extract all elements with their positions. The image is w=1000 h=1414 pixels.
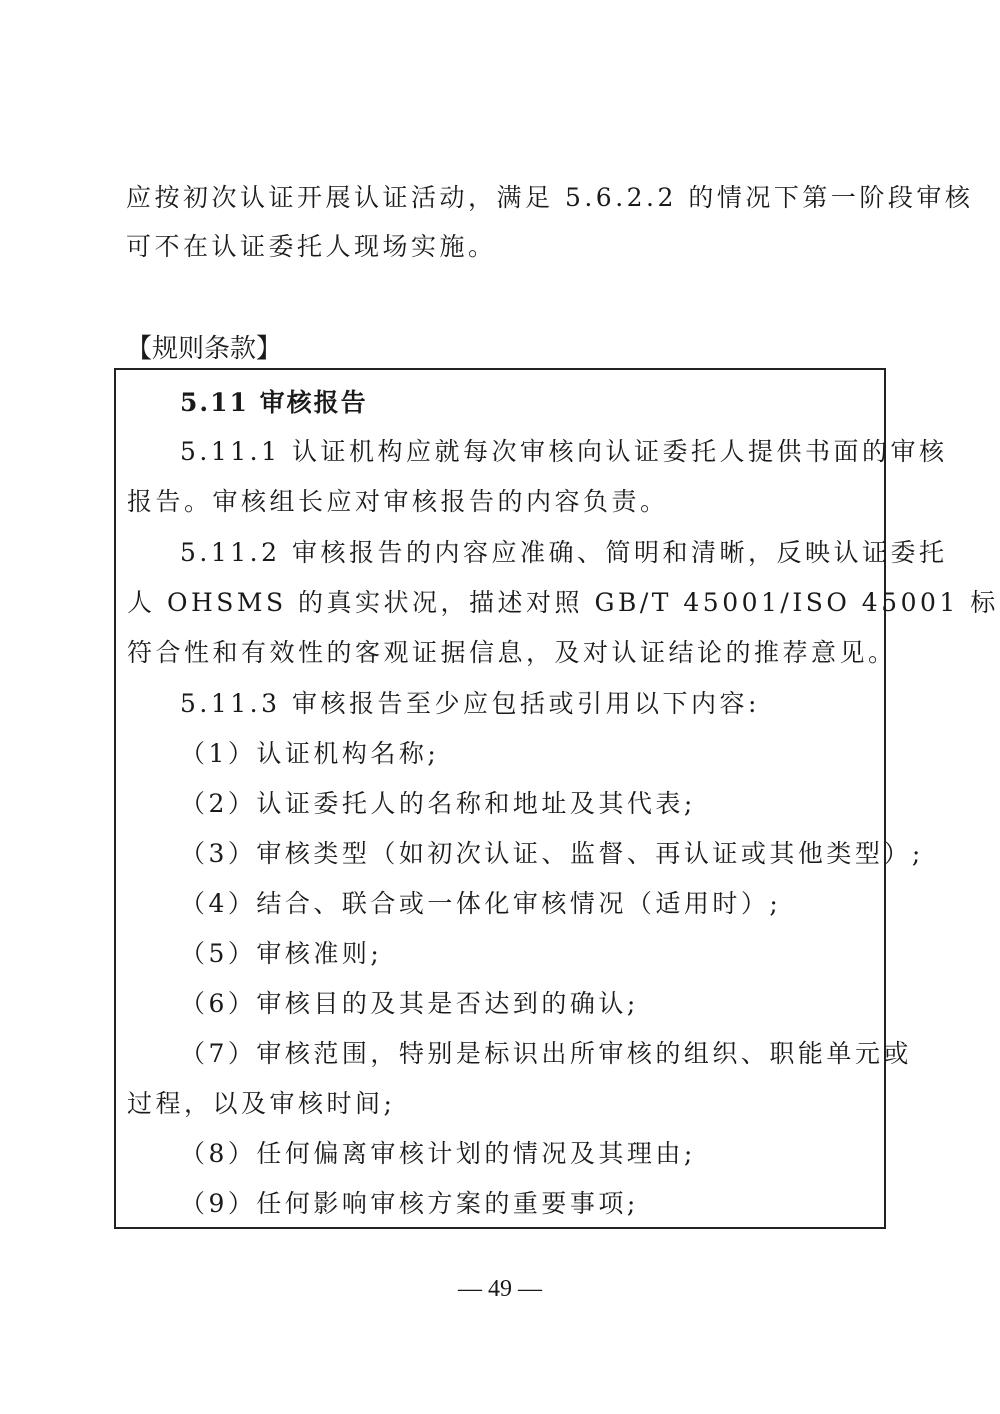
rules-heading: 【规则条款】 — [126, 333, 282, 365]
rule-line: 5.11.1 认证机构应就每次审核向认证委托人提供书面的审核 — [180, 437, 947, 467]
list-item: （2）认证委托人的名称和地址及其代表; — [180, 789, 696, 819]
rule-line: 5.11.3 审核报告至少应包括或引用以下内容: — [180, 689, 760, 719]
intro-line-2: 可不在认证委托人现场实施。 — [126, 232, 497, 262]
list-item: （6）审核目的及其是否达到的确认; — [180, 989, 639, 1019]
list-item: （7）审核范围，特别是标识出所审核的组织、职能单元或 — [180, 1039, 912, 1069]
rule-line: 人 OHSMS 的真实状况，描述对照 GB/T 45001/ISO 45001 … — [127, 588, 1000, 618]
rule-line: 报告。审核组长应对审核报告的内容负责。 — [127, 487, 669, 517]
rule-line: 符合性和有效性的客观证据信息，及对认证结论的推荐意见。 — [127, 638, 897, 668]
list-item: （3）审核类型（如初次认证、监督、再认证或其他类型）; — [180, 839, 924, 869]
list-item: （9）任何影响审核方案的重要事项; — [180, 1189, 639, 1219]
list-item: （8）任何偏离审核计划的情况及其理由; — [180, 1139, 696, 1169]
intro-line-1: 应按初次认证开展认证活动，满足 5.6.2.2 的情况下第一阶段审核 — [126, 183, 973, 213]
page-number: — 49 — — [0, 1276, 1000, 1303]
list-item: （5）审核准则; — [180, 939, 382, 969]
list-item: （1）认证机构名称; — [180, 739, 439, 769]
section-title: 5.11 审核报告 — [180, 388, 368, 418]
rule-line: 5.11.2 审核报告的内容应准确、简明和清晰，反映认证委托 — [180, 538, 947, 568]
document-page: 应按初次认证开展认证活动，满足 5.6.2.2 的情况下第一阶段审核 可不在认证… — [0, 0, 1000, 1414]
list-item: （4）结合、联合或一体化审核情况（适用时）; — [180, 889, 781, 919]
rules-box: 5.11 审核报告 5.11.1 认证机构应就每次审核向认证委托人提供书面的审核… — [114, 368, 886, 1229]
list-item-continuation: 过程，以及审核时间; — [127, 1089, 395, 1119]
